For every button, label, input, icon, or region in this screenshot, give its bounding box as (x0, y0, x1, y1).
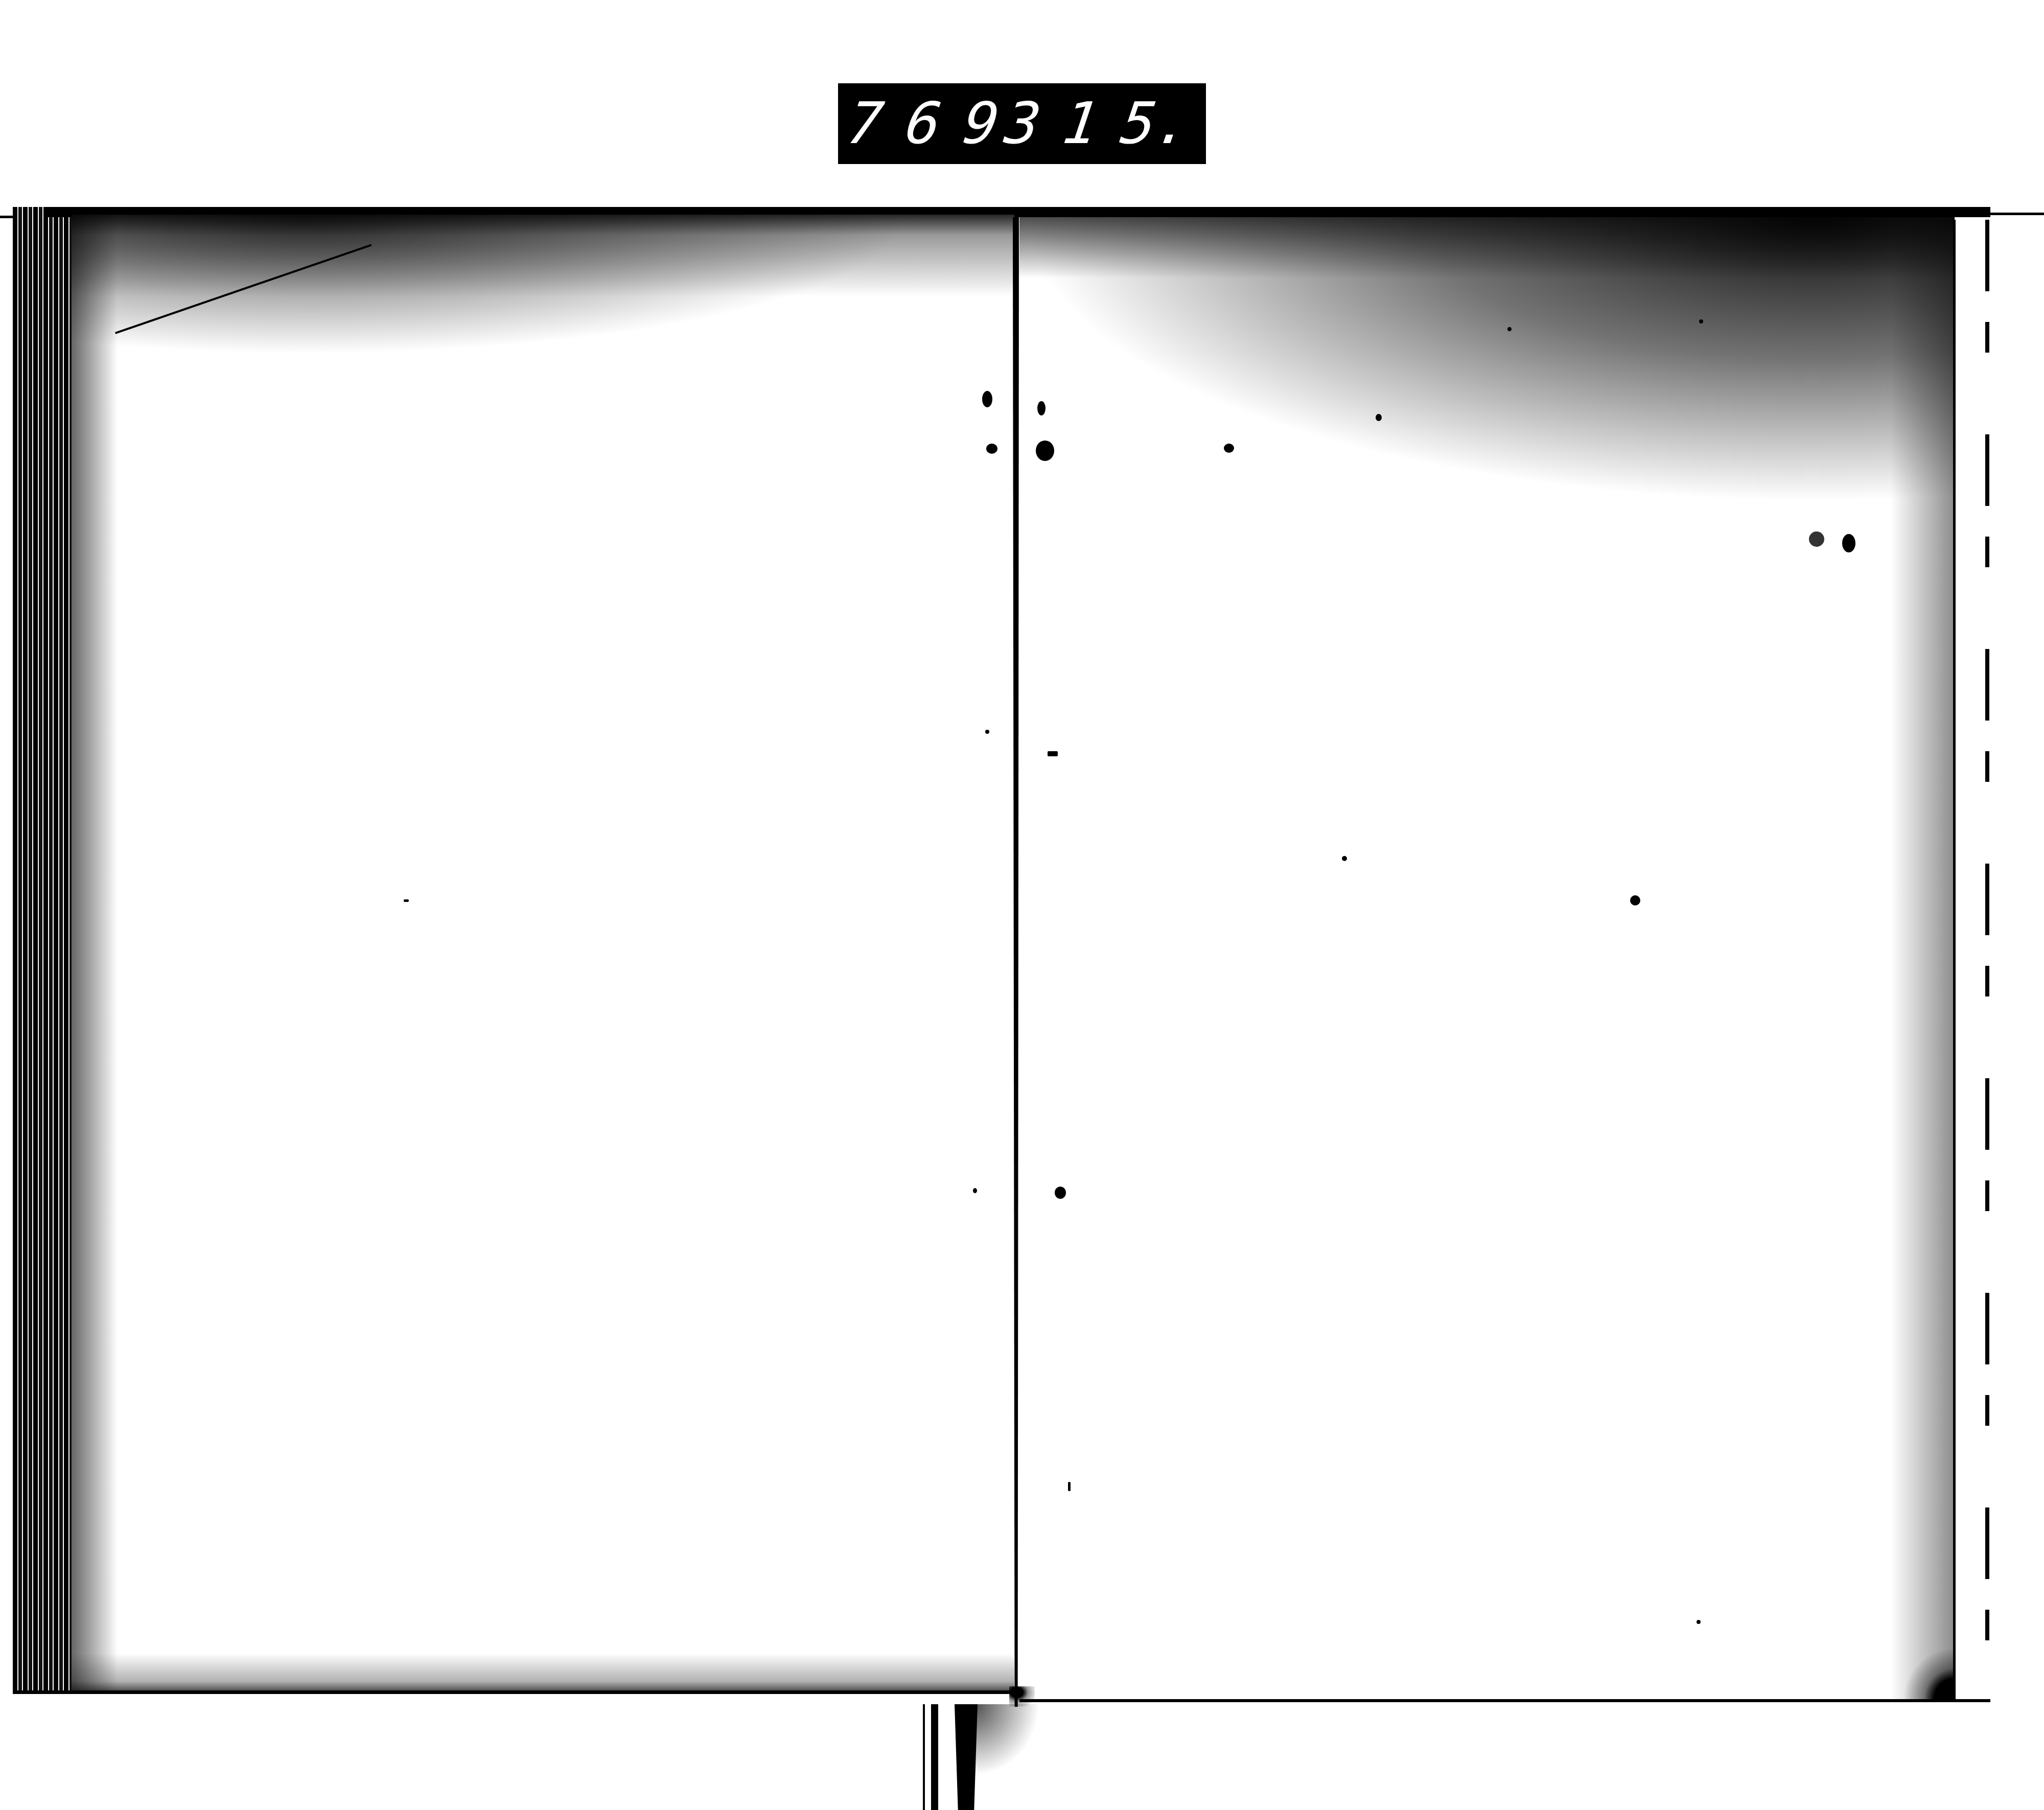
ink-blot (986, 444, 997, 454)
gutter-foot-shadow (1009, 1686, 1035, 1707)
digit: 7 (844, 90, 888, 157)
book-page-edges-left (13, 207, 74, 1691)
ink-speck (1507, 327, 1512, 331)
ink-speck (1376, 414, 1382, 421)
stain-spot (1809, 531, 1824, 547)
right-page-edge (1953, 220, 1956, 1702)
left-page-bottom-edge (13, 1690, 1014, 1694)
ink-blot (1630, 895, 1640, 906)
left-page-bottom-stain (72, 1651, 1014, 1694)
right-page-bottom-edge (1019, 1699, 1990, 1702)
ink-blot (1055, 1187, 1066, 1199)
ink-speck (404, 899, 409, 902)
ink-speck (1697, 1620, 1701, 1624)
ink-speck (1699, 319, 1703, 323)
digit: 1 (1059, 90, 1103, 157)
ribbon-shadow (973, 1704, 1040, 1776)
ink-blot (1224, 444, 1234, 453)
right-cover-edge (1985, 220, 1989, 1702)
scan-label: 7 6 9 3 1 5. (838, 83, 1206, 164)
stain-spot (1842, 534, 1855, 552)
digit: 6 (901, 90, 945, 157)
digit: 3 (1001, 90, 1045, 157)
ink-speck (973, 1188, 977, 1193)
page-corner-curl (1891, 1635, 1955, 1699)
left-page-top-stain (72, 215, 1014, 378)
ink-speck (1068, 1482, 1071, 1491)
ink-blot (1037, 401, 1046, 415)
left-page-side-stain (72, 215, 118, 1694)
digit: 5. (1117, 90, 1195, 157)
ink-speck (985, 730, 989, 734)
ink-speck (1048, 751, 1058, 756)
ink-speck (1342, 856, 1347, 861)
scan-label-left-number: 7 6 9 (844, 90, 1004, 157)
ink-blot (1036, 440, 1054, 461)
bookmark-ribbon (931, 1704, 938, 1810)
right-page-top-stain (1019, 217, 1955, 503)
bookmark-ribbon (923, 1704, 925, 1810)
scan-label-right-number: 3 1 5. (1001, 90, 1195, 157)
left-page (72, 215, 1014, 1694)
right-page-edge-stain (1891, 217, 1955, 1702)
digit: 9 (960, 90, 1004, 157)
ink-blot (982, 391, 992, 407)
